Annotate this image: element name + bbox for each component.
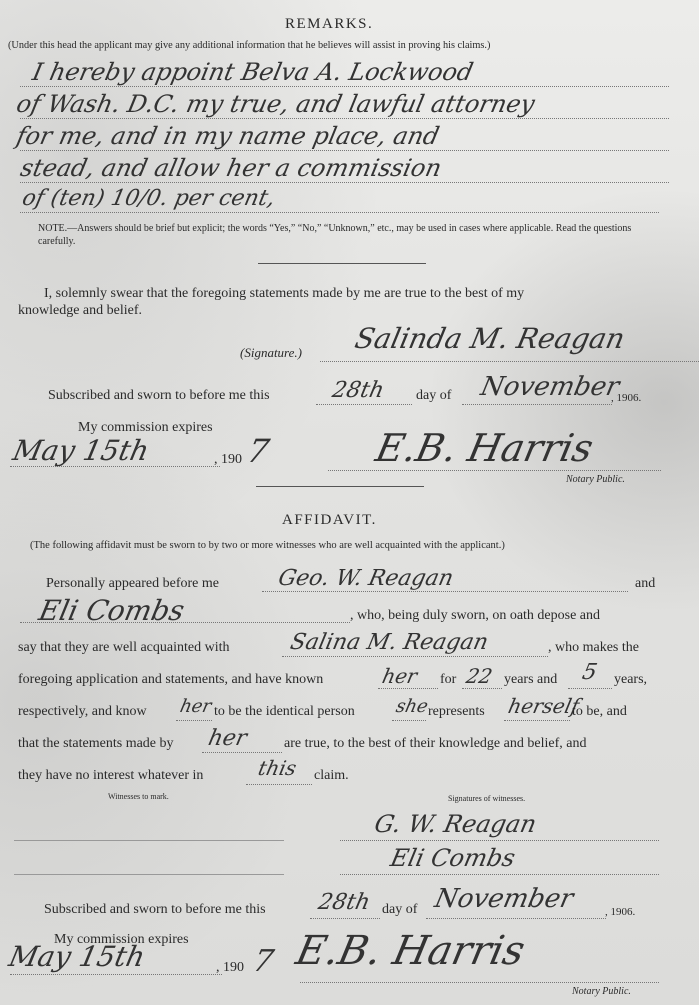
applicant-name: Salina M. Reagan — [288, 630, 490, 655]
years-and-text: years and — [504, 672, 557, 688]
witness-1-name: Geo. W. Reagan — [276, 566, 456, 591]
years-known-2: 5 — [580, 660, 599, 685]
affidavit-sworn-year: , 1906. — [605, 906, 635, 918]
remarks-line-4: stead, and allow her a commission — [18, 154, 444, 182]
remarks-line-1: I hereby appoint Belva A. Lockwood — [30, 58, 476, 86]
sworn-depose-text: , who, being duly sworn, on oath depose … — [350, 608, 600, 624]
oath-sworn-month: November — [478, 372, 622, 402]
oath-statement-line-2: knowledge and belief. — [18, 303, 142, 319]
claim-text: claim. — [314, 768, 349, 784]
remarks-instruction: (Under this head the applicant may give … — [8, 40, 490, 51]
oath-sworn-year: , 1906. — [611, 392, 641, 404]
affidavit-notary-signature: E.B. Harris — [292, 928, 529, 974]
interest-text: they have no interest whatever in — [18, 768, 203, 784]
applicant-signature: Salinda M. Reagan — [352, 322, 628, 355]
appeared-text: Personally appeared before me — [46, 576, 219, 592]
years-end-text: years, — [614, 672, 647, 688]
signature-label: (Signature.) — [240, 345, 302, 361]
remarks-line-5: of (ten) 10/0. per cent, — [20, 186, 277, 211]
identical-text: to be the identical person — [214, 704, 355, 720]
affidavit-instruction: (The following affidavit must be sworn t… — [30, 540, 505, 551]
remarks-title: REMARKS. — [285, 16, 373, 33]
affidavit-title: AFFIDAVIT. — [282, 512, 377, 529]
affidavit-commission-date: May 15th — [6, 940, 148, 973]
claim-word: this — [256, 756, 299, 780]
witness-2-name: Eli Combs — [36, 594, 187, 627]
true-text: are true, to the best of their knowledge… — [284, 736, 586, 752]
remarks-line-2: of Wash. D.C. my true, and lawful attorn… — [14, 90, 537, 118]
notary-label: Notary Public. — [566, 474, 625, 485]
oath-commission-year-prefix: , 190 — [214, 452, 242, 468]
pronoun-5: her — [206, 726, 249, 751]
remarks-line-3: for me, and in my name place, and — [14, 122, 442, 150]
affidavit-day-of: day of — [382, 902, 417, 918]
notary-signature: E.B. Harris — [372, 426, 597, 470]
signatures-of-witnesses-label: Signatures of witnesses. — [448, 794, 525, 803]
pronoun-4: herself — [506, 694, 581, 718]
witness-2-signature: Eli Combs — [388, 844, 518, 872]
witnesses-to-mark-label: Witnesses to mark. — [108, 792, 169, 801]
for-text: for — [440, 672, 456, 688]
affidavit-commission-year-prefix: , 190 — [216, 960, 244, 976]
affidavit-notary-label: Notary Public. — [572, 986, 631, 997]
makes-text: , who makes the — [548, 640, 639, 656]
oath-sworn-prefix: Subscribed and sworn to before me this — [48, 388, 270, 404]
oath-statement-line-1: I, solemnly swear that the foregoing sta… — [44, 286, 524, 302]
statements-text: that the statements made by — [18, 736, 174, 752]
affidavit-sworn-day: 28th — [316, 890, 372, 915]
witness-1-signature: G. W. Reagan — [372, 810, 539, 838]
remarks-note: NOTE.—Answers should be brief but explic… — [38, 222, 658, 248]
oath-sworn-day: 28th — [330, 378, 386, 403]
acquainted-text: say that they are well acquainted with — [18, 640, 229, 656]
to-be-text: to be, and — [572, 704, 627, 720]
affidavit-commission-year-digit: 7 — [250, 944, 277, 979]
affidavit-sworn-month: November — [432, 884, 576, 914]
years-known-1: 22 — [464, 664, 495, 688]
note-text: —Answers should be brief but explicit; t… — [38, 223, 631, 247]
represents-text: represents — [428, 704, 485, 720]
and-text: and — [635, 576, 655, 592]
oath-commission-year-digit: 7 — [244, 432, 272, 470]
pronoun-1: her — [380, 664, 419, 688]
note-label: NOTE. — [38, 223, 67, 234]
respectively-text: respectively, and know — [18, 704, 147, 720]
oath-day-of: day of — [416, 388, 451, 404]
document-page: REMARKS. (Under this head the applicant … — [0, 0, 699, 1005]
oath-commission-date: May 15th — [10, 434, 152, 467]
foregoing-text: foregoing application and statements, an… — [18, 672, 323, 688]
affidavit-sworn-prefix: Subscribed and sworn to before me this — [44, 902, 266, 918]
pronoun-2: her — [178, 696, 213, 717]
pronoun-3: she — [394, 696, 430, 717]
